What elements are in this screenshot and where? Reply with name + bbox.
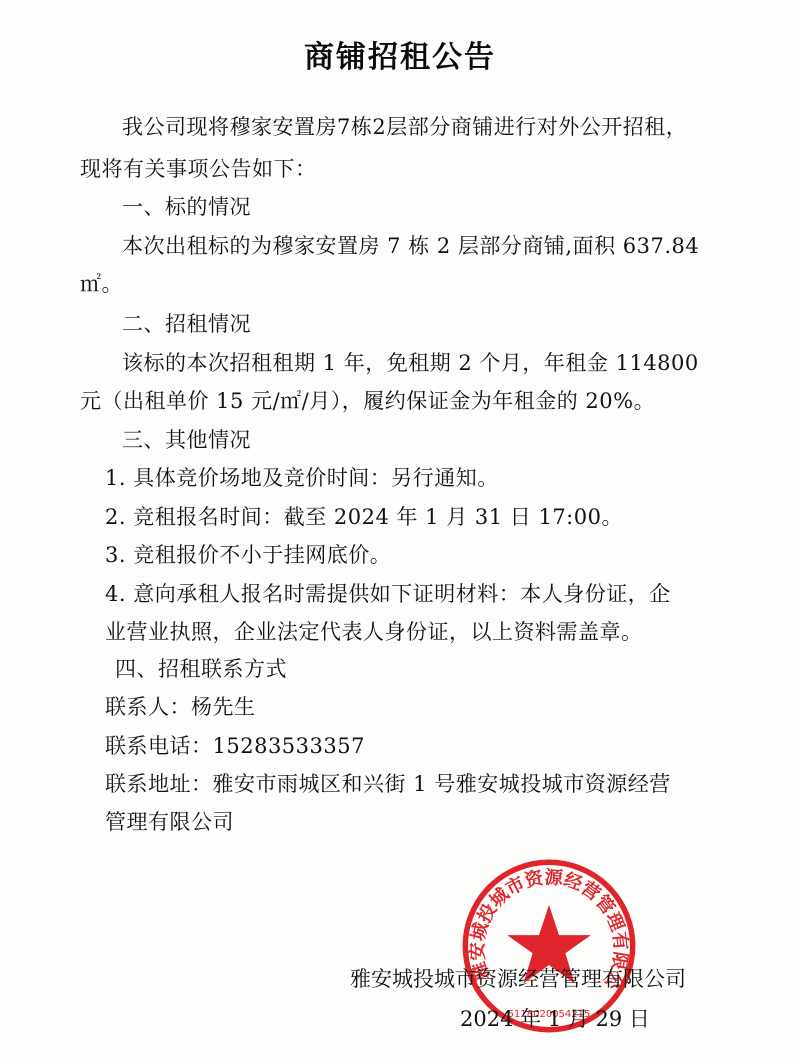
section3-item-4: 4. 意向承租人报名时需提供如下证明材料：本人身份证，企: [105, 580, 671, 608]
section1-text-1: 本次出租标的为穆家安置房 7 栋 2 层部分商铺,面积 637.84: [122, 232, 699, 260]
section3-item-2: 2. 竞租报名时间：截至 2024 年 1 月 31 日 17:00。: [105, 503, 623, 531]
section3-item-1: 1. 具体竞价场地及竞价时间：另行通知。: [105, 464, 499, 492]
section3-heading: 三、其他情况: [122, 426, 251, 454]
section3-item-3: 3. 竞租报价不小于挂网底价。: [105, 541, 391, 569]
signature-date: 2024 年 1 月 29 日: [460, 1003, 650, 1033]
contact-address-2: 管理有限公司: [105, 808, 234, 836]
section1-heading: 一、标的情况: [122, 193, 251, 221]
section2-heading: 二、招租情况: [122, 310, 251, 338]
section3-item-4-cont: 业营业执照，企业法定代表人身份证，以上资料需盖章。: [105, 618, 643, 646]
section4-heading: 四、招租联系方式: [115, 655, 287, 683]
section1-text-2: ㎡。: [80, 270, 123, 298]
section2-text-2: 元（出租单价 15 元/㎡/月），履约保证金为年租金的 20%。: [80, 387, 655, 415]
intro-line-1: 我公司现将穆家安置房7栋2层部分商铺进行对外公开招租，: [122, 113, 687, 141]
contact-person: 联系人：杨先生: [105, 693, 256, 721]
contact-address-1: 联系地址：雅安市雨城区和兴街 1 号雅安城投城市资源经营: [105, 770, 671, 798]
signature-company: 雅安城投城市资源经营管理有限公司: [350, 963, 686, 993]
page-title: 商铺招租公告: [0, 32, 800, 76]
contact-phone: 联系电话：15283533357: [105, 732, 365, 760]
intro-line-2: 现将有关事项公告如下：: [80, 155, 317, 183]
section2-text-1: 该标的本次招租租期 1 年，免租期 2 个月，年租金 114800: [122, 349, 699, 377]
